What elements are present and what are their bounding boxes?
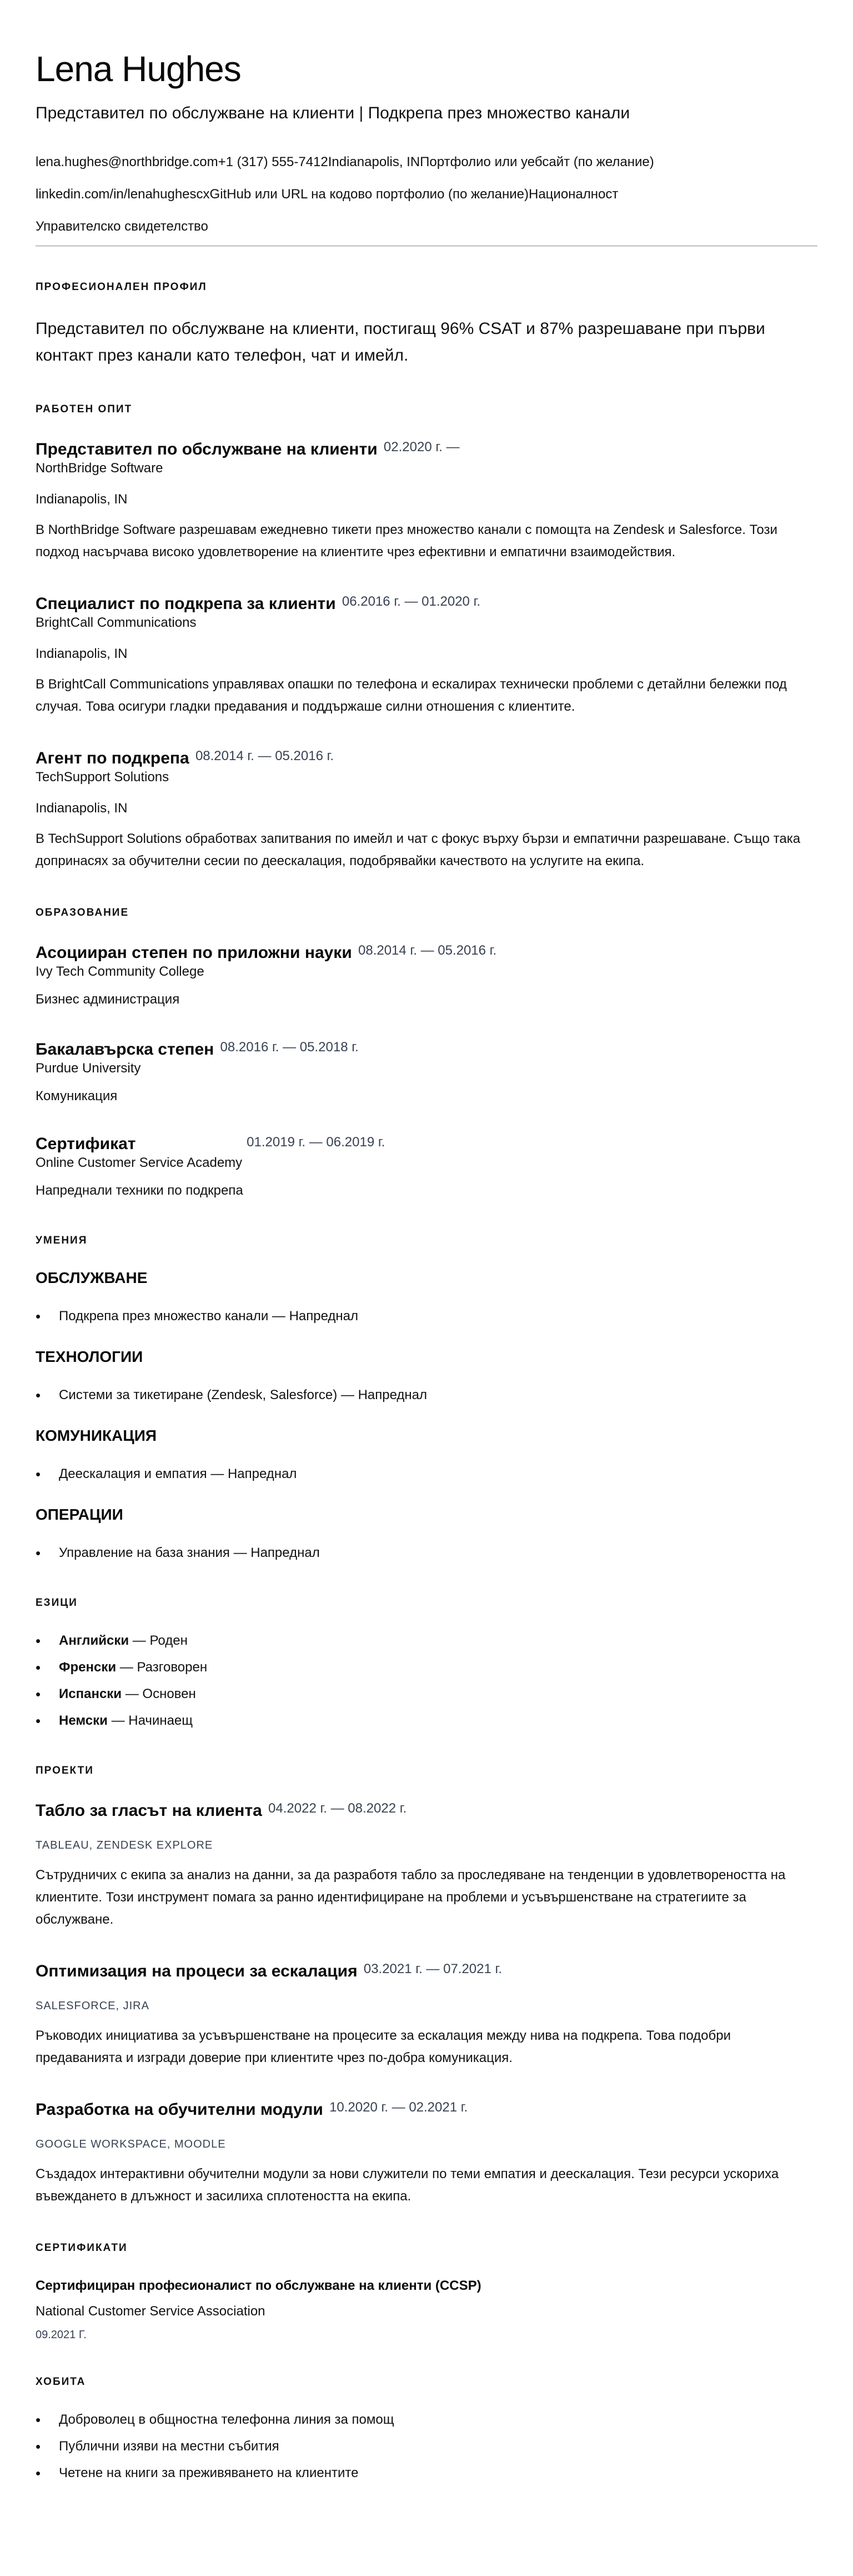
school-name: Online Customer Service Academy [36,1154,242,1172]
projects-section: Проекти Табло за гласът на клиента 04.20… [36,1765,817,2208]
contact-line-3: Управителско свидетелство [36,211,817,243]
project-name: Табло за гласът на клиента [36,1801,262,1820]
education-dates: 01.2019 г. — 06.2019 г. [247,1135,385,1150]
contact-nationality: Националност [529,187,618,202]
header-divider [36,245,817,247]
contact-line-1: lena.hughes@northbridge.com+1 (317) 555-… [36,146,817,178]
education-section: Образование Асоцииран степен по приложни… [36,907,817,1200]
skill-category: Комуникация [36,1427,817,1445]
project-description: Ръководих инициатива за усъвършенстване … [36,2025,817,2069]
section-title-skills: Умения [36,1235,817,1247]
language-level: Разговорен [137,1660,207,1675]
job-location: Indianapolis, IN [36,799,817,818]
certifications-section: Сертификати Сертифициран професионалист … [36,2242,817,2342]
hobby-item: Четене на книги за преживяването на клие… [36,2464,817,2483]
project-entry-header: Табло за гласът на клиента 04.2022 г. — … [36,1799,817,1820]
section-title-hobbies: Хобита [36,2376,817,2388]
job-title: Агент по подкрепа [36,749,189,767]
language-item: Френски — Разговорен [36,1658,817,1677]
language-item: Английски — Роден [36,1631,817,1650]
job-title: Специалист по подкрепа за клиенти [36,595,336,613]
contact-github[interactable]: GitHub или URL на кодово портфолио (по ж… [210,187,529,202]
project-tech: Salesforce, Jira [36,2000,817,2013]
education-entry: СертификатOnline Customer Service Academ… [36,1135,817,1200]
projects-list: Табло за гласът на клиента 04.2022 г. — … [36,1799,817,2208]
education-entry-left: СертификатOnline Customer Service Academ… [36,1135,242,1172]
contact-line-2: linkedin.com/in/lenahughescxGitHub или U… [36,178,817,211]
education-list: Асоцииран степен по приложни науки 08.20… [36,941,817,1200]
project-entry: Оптимизация на процеси за ескалация 03.2… [36,1960,817,2069]
skill-group: КомуникацияДеескалация и емпатия — Напре… [36,1427,817,1484]
project-dates: 04.2022 г. — 08.2022 г. [268,1801,407,1816]
project-name: Оптимизация на процеси за ескалация [36,1962,358,1980]
job-dates: 08.2014 г. — 05.2016 г. [195,748,334,763]
company-name: NorthBridge Software [36,459,817,478]
project-entry-header: Разработка на обучителни модули 10.2020 … [36,2098,817,2119]
certification-entry: Сертифициран професионалист по обслужван… [36,2277,817,2342]
experience-section: Работен опит Представител по обслужване … [36,403,817,872]
project-name: Разработка на обучителни модули [36,2100,323,2119]
contact-phone[interactable]: +1 (317) 555-7412 [218,154,328,169]
project-entry: Разработка на обучителни модули 10.2020 … [36,2098,817,2208]
skills-section: Умения ОбслужванеПодкрепа през множество… [36,1235,817,1562]
hobby-item: Публични изяви на местни събития [36,2437,817,2456]
company-name: TechSupport Solutions [36,768,817,787]
skill-category: Обслужване [36,1269,817,1287]
certifications-list: Сертифициран професионалист по обслужван… [36,2277,817,2342]
school-name: Purdue University [36,1059,817,1078]
language-separator: — [108,1713,128,1728]
skill-item: Деескалация и емпатия — Напреднал [36,1465,817,1484]
contact-linkedin[interactable]: linkedin.com/in/lenahughescx [36,187,210,202]
certification-date: 09.2021 г. [36,2329,817,2342]
education-entry-header: Асоцииран степен по приложни науки 08.20… [36,941,817,962]
languages-section: Езици Английски — РоденФренски — Разгово… [36,1597,817,1730]
language-name: Английски [59,1633,129,1648]
field-of-study: Напреднали техники по подкрепа [36,1181,817,1200]
language-level: Роден [149,1633,187,1648]
resume-header: Lena Hughes Представител по обслужване н… [36,49,817,247]
language-separator: — [122,1686,142,1701]
language-separator: — [129,1633,149,1648]
experience-entry: Представител по обслужване на клиенти 02… [36,438,817,563]
skill-group: ТехнологииСистеми за тикетиране (Zendesk… [36,1348,817,1405]
resume-page: Lena Hughes Представител по обслужване н… [0,0,853,2524]
skill-item: Системи за тикетиране (Zendesk, Salesfor… [36,1386,817,1405]
contact-portfolio[interactable]: Портфолио или уебсайт (по желание) [420,154,654,169]
experience-entry-header: Специалист по подкрепа за клиенти 06.201… [36,592,817,613]
section-title-languages: Езици [36,1597,817,1609]
skill-item: Управление на база знания — Напреднал [36,1544,817,1562]
field-of-study: Комуникация [36,1087,817,1106]
education-dates: 08.2016 г. — 05.2018 г. [220,1040,359,1055]
section-title-profile: Професионален профил [36,281,817,293]
degree-title: Сертификат [36,1135,242,1154]
company-name: BrightCall Communications [36,613,817,632]
contact-location: Indianapolis, IN [328,154,420,169]
project-entry: Табло за гласът на клиента 04.2022 г. — … [36,1799,817,1931]
job-location: Indianapolis, IN [36,645,817,663]
section-title-experience: Работен опит [36,403,817,416]
hobbies-section: Хобита Доброволец в общностна телефонна … [36,2376,817,2483]
skill-items: Системи за тикетиране (Zendesk, Salesfor… [36,1386,817,1405]
experience-list: Представител по обслужване на клиенти 02… [36,438,817,872]
section-title-education: Образование [36,907,817,919]
certification-name: Сертифициран професионалист по обслужван… [36,2277,817,2295]
skill-category: Операции [36,1506,817,1524]
headline: Представител по обслужване на клиенти | … [36,102,817,124]
education-dates: 08.2014 г. — 05.2016 г. [358,943,496,958]
skill-group: ОперацииУправление на база знания — Напр… [36,1506,817,1562]
language-level: Начинаещ [128,1713,193,1728]
project-dates: 03.2021 г. — 07.2021 г. [364,1961,502,1976]
project-description: Сътрудничих с екипа за анализ на данни, … [36,1864,817,1931]
degree-title: Бакалавърска степен [36,1040,214,1059]
job-description: В NorthBridge Software разрешавам ежедне… [36,519,817,563]
language-separator: — [116,1660,137,1675]
project-dates: 10.2020 г. — 02.2021 г. [329,2100,468,2115]
project-description: Създадох интерактивни обучителни модули … [36,2163,817,2208]
project-tech: Google Workspace, Moodle [36,2138,817,2151]
skill-items: Подкрепа през множество канали — Напредн… [36,1307,817,1326]
language-item: Немски — Начинаещ [36,1711,817,1730]
job-location: Indianapolis, IN [36,490,817,509]
skill-group: ОбслужванеПодкрепа през множество канали… [36,1269,817,1326]
languages-list: Английски — РоденФренски — РазговоренИсп… [36,1631,817,1730]
field-of-study: Бизнес администрация [36,990,817,1009]
job-description: В BrightCall Communications управлявах о… [36,673,817,718]
job-dates: 02.2020 г. — [384,440,460,455]
education-entry-header: Бакалавърска степен 08.2016 г. — 05.2018… [36,1038,817,1059]
contact-license: Управителско свидетелство [36,219,208,234]
candidate-name: Lena Hughes [36,49,817,90]
certification-issuer: National Customer Service Association [36,2302,817,2321]
degree-title: Асоцииран степен по приложни науки [36,943,352,962]
experience-entry: Агент по подкрепа 08.2014 г. — 05.2016 г… [36,747,817,872]
experience-entry-header: Представител по обслужване на клиенти 02… [36,438,817,459]
project-tech: Tableau, Zendesk Explore [36,1839,817,1852]
project-entry-header: Оптимизация на процеси за ескалация 03.2… [36,1960,817,1981]
job-title: Представител по обслужване на клиенти [36,440,378,458]
job-dates: 06.2016 г. — 01.2020 г. [342,594,480,609]
skill-item: Подкрепа през множество канали — Напредн… [36,1307,817,1326]
experience-entry-header: Агент по подкрепа 08.2014 г. — 05.2016 г… [36,747,817,768]
contact-email[interactable]: lena.hughes@northbridge.com [36,154,218,169]
section-title-projects: Проекти [36,1765,817,1777]
language-level: Основен [142,1686,195,1701]
skills-list: ОбслужванеПодкрепа през множество канали… [36,1269,817,1562]
job-description: В TechSupport Solutions обработвах запит… [36,828,817,872]
education-entry: Бакалавърска степен 08.2016 г. — 05.2018… [36,1038,817,1106]
language-name: Испански [59,1686,122,1701]
skill-category: Технологии [36,1348,817,1366]
school-name: Ivy Tech Community College [36,962,817,981]
skill-items: Деескалация и емпатия — Напреднал [36,1465,817,1484]
contact-info: lena.hughes@northbridge.com+1 (317) 555-… [36,146,817,243]
education-entry: Асоцииран степен по приложни науки 08.20… [36,941,817,1009]
hobby-item: Доброволец в общностна телефонна линия з… [36,2410,817,2429]
language-name: Немски [59,1713,108,1728]
language-item: Испански — Основен [36,1685,817,1704]
hobbies-list: Доброволец в общностна телефонна линия з… [36,2410,817,2483]
profile-section: Професионален профил Представител по обс… [36,281,817,369]
education-entry-header: СертификатOnline Customer Service Academ… [36,1135,817,1172]
section-title-certifications: Сертификати [36,2242,817,2254]
language-name: Френски [59,1660,116,1675]
profile-summary: Представител по обслужване на клиенти, п… [36,316,817,369]
skill-items: Управление на база знания — Напреднал [36,1544,817,1562]
experience-entry: Специалист по подкрепа за клиенти 06.201… [36,592,817,718]
